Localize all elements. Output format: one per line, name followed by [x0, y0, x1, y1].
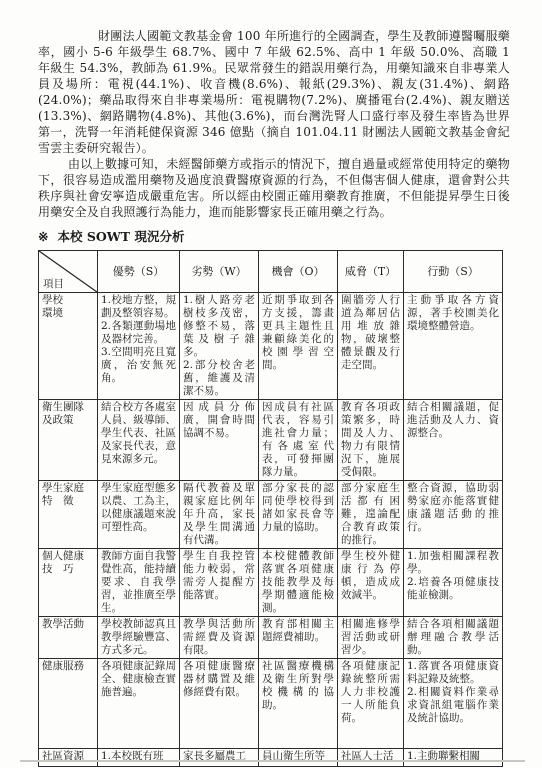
swot-cell-weaknesses: 教學與活動所需經費及資源有限。: [180, 617, 259, 659]
swot-cell-opportunities: 社區醫療機構及衛生所對學校機構的協助。: [259, 659, 338, 749]
header-weaknesses: 劣勢（W）: [180, 251, 259, 293]
swot-cell-strengths: 學校教師認真且教學經驗豐富、方式多元。: [98, 617, 180, 659]
swot-cell-threats: 圍牆旁人行道為鄰居佔用堆放雜物，破壞整體景觀及行走空間。: [338, 293, 404, 400]
item-cell: 個人健康 技 巧: [39, 549, 98, 617]
corner-cell: 項目: [39, 251, 98, 293]
swot-cell-actions: 結合相關議題，促進活動及人力、資源整合。: [404, 400, 503, 481]
section-heading: ※ 本校 SOWT 現況分析: [38, 227, 510, 245]
section-heading-label: 本校 SOWT 現況分析: [57, 227, 184, 245]
table-row-teaching-activities: 教學活動 學校教師認真且教學經驗豐富、方式多元。 教學與活動所需經費及資源有限。…: [39, 617, 503, 659]
swot-cell-threats: 學生校外健康行為停頓，造成成效減半。: [338, 549, 404, 617]
swot-cell-threats: 部分家庭生活都有困難，遑論配合教育政策的推行。: [338, 481, 404, 549]
item-cell: 學校 環境: [39, 293, 98, 400]
item-cell: 教學活動: [39, 617, 98, 659]
swot-cell-weaknesses: 隔代教養及單親家庭比例年年升高，家長及學生間溝通有代溝。: [180, 481, 259, 549]
swot-cell-strengths: 結合校方各處室人員、級導師、學生代表、社區及家長代表，意見來源多元。: [98, 400, 180, 481]
header-strengths: 優勢（S）: [98, 251, 180, 293]
swot-cell-opportunities: 部分家長的認同使學校得到諸如家長會等力量的協助。: [259, 481, 338, 549]
item-cell: 健康服務: [39, 659, 98, 749]
swot-cell-threats: 教育各項政策繁多，時間及人力、物力有限情況下，施展受侷限。: [338, 400, 404, 481]
swot-table: 項目 優勢（S） 劣勢（W） 機會（O） 威脅（T） 行動（S） 學校 環境 1…: [38, 250, 503, 767]
table-row-health-team-policy: 衛生團隊 及政策 結合校方各處室人員、級導師、學生代表、社區及家長代表，意見來源…: [39, 400, 503, 481]
heading-marker-icon: ※: [38, 229, 48, 244]
header-actions: 行動（S）: [404, 251, 503, 293]
swot-cell-threats: 相關進修學習活動或研習少。: [338, 617, 404, 659]
swot-cell-strengths: 教師方面自我警覺性高，能持續要求、自我學習，並推廣至學生。: [98, 549, 180, 617]
swot-cell-actions: 整合資源，協助弱勢家庭亦能落實健康議題活動的推行。: [404, 481, 503, 549]
swot-cell-weaknesses: 1.樹人路旁老樹枝多茂密，修整不易，落葉及樹子雜多。 2.部分校舍老舊，維護及清…: [180, 293, 259, 400]
swot-cell-weaknesses: 因成員分佈廣，開會時間協調不易。: [180, 400, 259, 481]
scan-edge-shadow: [20, 760, 525, 762]
swot-cell-actions: 1.主動聯繫相關: [404, 749, 503, 767]
item-cell: 學生家庭 特 徵: [39, 481, 98, 549]
swot-cell-strengths: 學生家庭型態多以農、工為主，以健康議題來說可塑性高。: [98, 481, 180, 549]
swot-cell-opportunities: 近期爭取到各方支援，籌畫更具主題性且兼顧綠美化的校園學習空間。: [259, 293, 338, 400]
swot-cell-actions: 結合各項相關議題辦理融合教學活動。: [404, 617, 503, 659]
header-threats: 威脅（T）: [338, 251, 404, 293]
swot-cell-opportunities: 教育部相關主題經費補助。: [259, 617, 338, 659]
swot-cell-strengths: 1.校地方整，規劃及整領容易。 2.各類運動場地及器材完善。 3.空間明亮且寬廣…: [98, 293, 180, 400]
table-row-personal-health-skills: 個人健康 技 巧 教師方面自我警覺性高，能持續要求、自我學習，並推廣至學生。 學…: [39, 549, 503, 617]
swot-cell-threats: 各項健康記錄統整所需人力非校護一人所能負荷。: [338, 659, 404, 749]
item-cell: 社區資源: [39, 749, 98, 767]
swot-cell-weaknesses: 各項健康醫療器材購置及維修經費有限。: [180, 659, 259, 749]
document-page: 財團法人國範文教基金會 100 年所進行的全國調查，學生及教師遵醫囑服藥率，國小…: [0, 0, 542, 768]
swot-cell-actions: 1.加強相關課程教學。 2.培養各項健康技能並檢測。: [404, 549, 503, 617]
table-row-student-family: 學生家庭 特 徵 學生家庭型態多以農、工為主，以健康議題來說可塑性高。 隔代教養…: [39, 481, 503, 549]
table-row-school-environment: 學校 環境 1.校地方整，規劃及整領容易。 2.各類運動場地及器材完善。 3.空…: [39, 293, 503, 400]
swot-cell-actions: 1.落實各項健康資料記錄及統整。 2.相關資料作業尋求資訊組電腦作業及統計協助。: [404, 659, 503, 749]
header-opportunities: 機會（O）: [259, 251, 338, 293]
swot-cell-actions: 主動爭取各方資源，著手校園美化環境整體營造。: [404, 293, 503, 400]
swot-cell-opportunities: 本校健體教師落實各項健康技能教學及每學期體適能檢測。: [259, 549, 338, 617]
swot-cell-weaknesses: 學生自我控管能力較弱，常需旁人提醒方能落實。: [180, 549, 259, 617]
swot-cell-opportunities: 因成員有社區代表，容易引進社會力量；有各處室代表，可發揮團隊力量。: [259, 400, 338, 481]
corner-label: 項目: [43, 278, 64, 291]
table-row-community-resources: 社區資源 1.本校既有班 家長多屬農工 員山衛生所等 社區人士活 1.主動聯繫相…: [39, 749, 503, 767]
swot-cell-strengths: 1.本校既有班: [98, 749, 180, 767]
document-content: 財團法人國範文教基金會 100 年所進行的全國調查，學生及教師遵醫囑服藥率，國小…: [38, 28, 510, 767]
item-cell: 衛生團隊 及政策: [39, 400, 98, 481]
swot-cell-strengths: 各項健康記錄周全、健康檢查實施普遍。: [98, 659, 180, 749]
table-header-row: 項目 優勢（S） 劣勢（W） 機會（O） 威脅（T） 行動（S）: [39, 251, 503, 293]
table-row-health-services: 健康服務 各項健康記錄周全、健康檢查實施普遍。 各項健康醫療器材購置及維修經費有…: [39, 659, 503, 749]
swot-cell-weaknesses: 家長多屬農工: [180, 749, 259, 767]
paragraph-1: 財團法人國範文教基金會 100 年所進行的全國調查，學生及教師遵醫囑服藥率，國小…: [38, 28, 510, 156]
swot-cell-threats: 社區人士活: [338, 749, 404, 767]
swot-cell-opportunities: 員山衛生所等: [259, 749, 338, 767]
paragraph-2: 由以上數據可知，未經醫師藥方或指示的情況下，擅自過量或經常使用特定的藥物下，很容…: [38, 156, 510, 220]
